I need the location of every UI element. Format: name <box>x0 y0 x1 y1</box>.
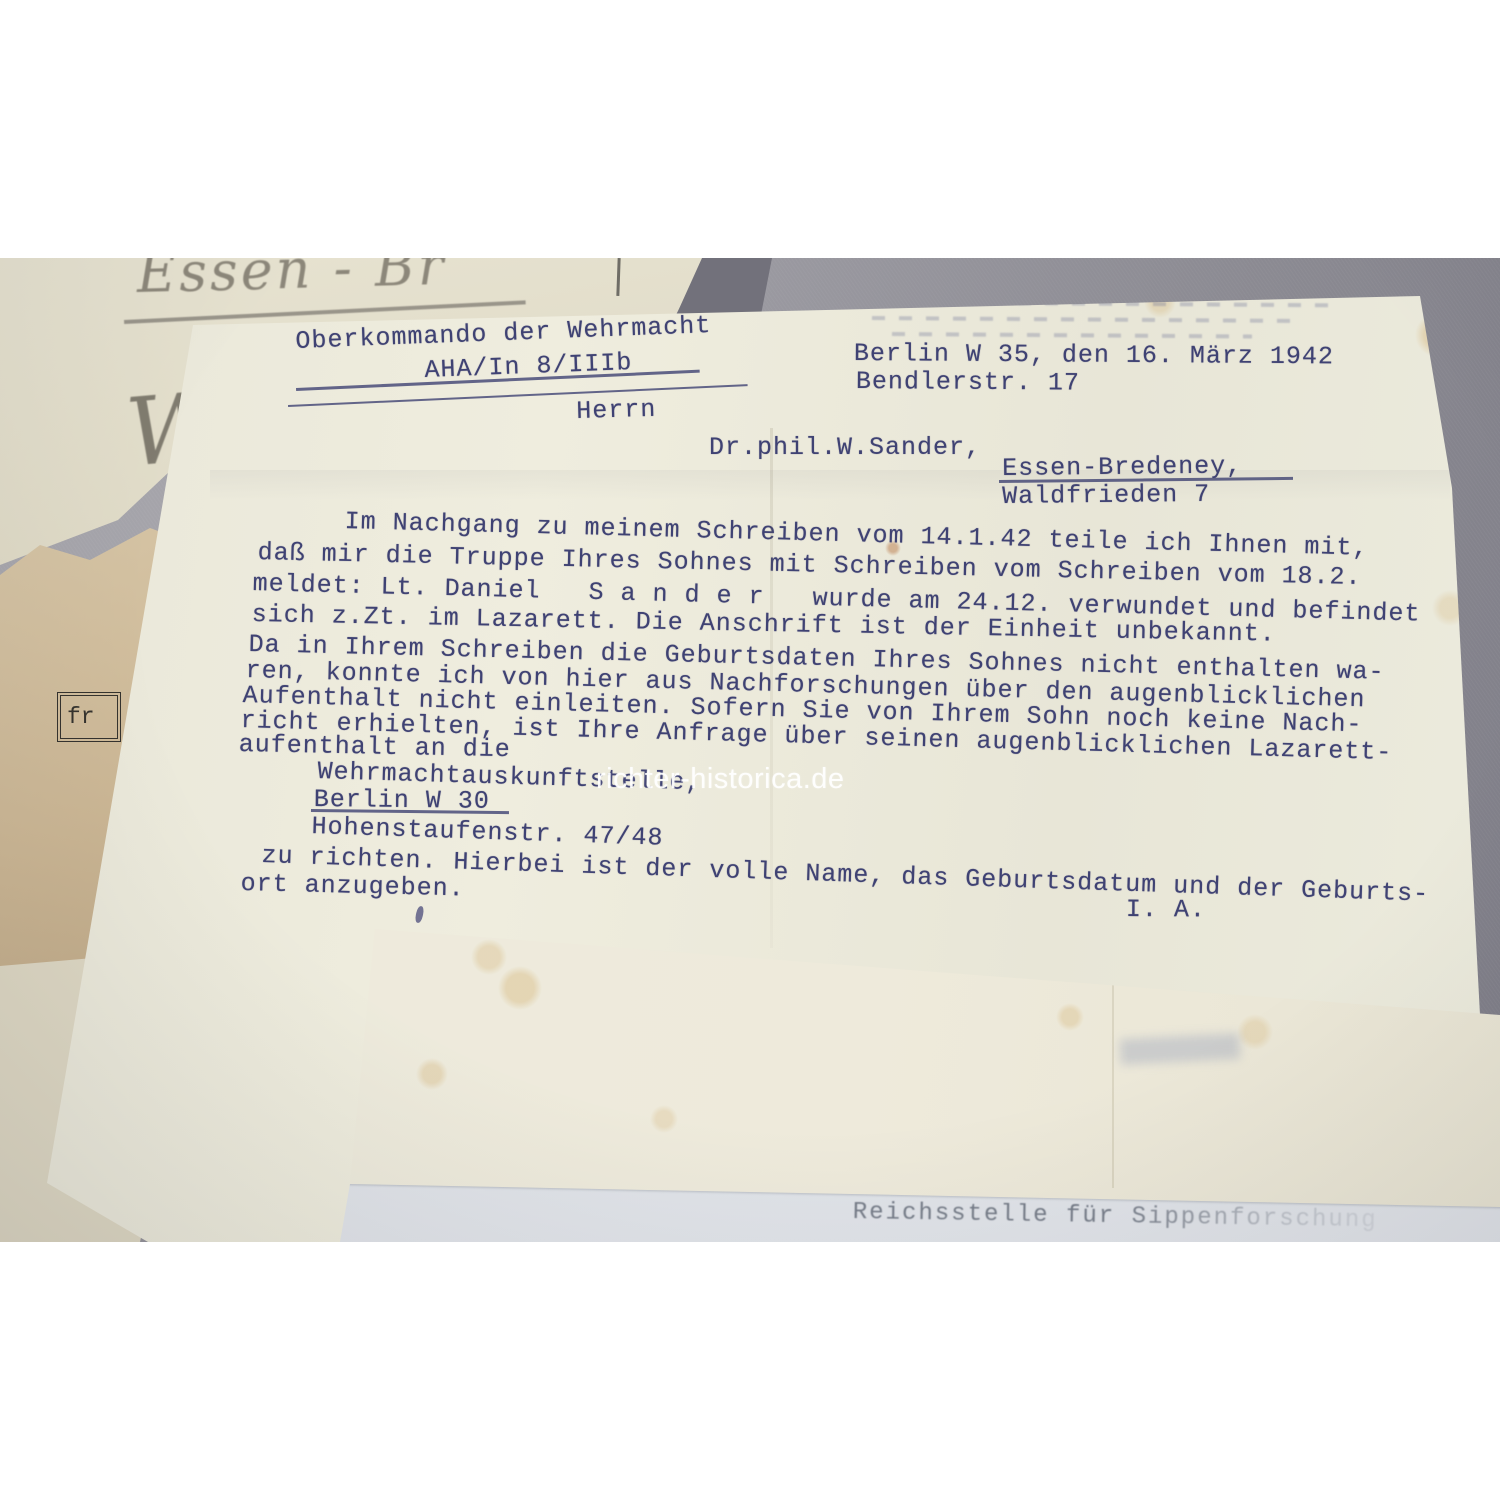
pencil-note: Essen - Br <box>136 258 447 305</box>
show-through-marks <box>872 316 1302 323</box>
signature-initials: I. A. <box>1126 896 1206 925</box>
sender-street-line: Bendlerstr. 17 <box>856 368 1080 398</box>
fold-shadow <box>210 470 1450 500</box>
postage-stamp-box: fr <box>57 692 121 742</box>
product-photo-page: Essen - Br W fr Oberkommando der Wehrmac… <box>0 0 1500 1500</box>
watermark: richter-historica.de <box>596 763 845 796</box>
pencil-stroke <box>616 258 620 296</box>
stamp-text: fr <box>67 704 95 730</box>
paper-crease <box>770 428 773 948</box>
ink-blot <box>414 905 424 923</box>
recipient-name: Dr.phil.W.Sander, <box>709 434 981 463</box>
show-through-marks <box>892 332 1252 339</box>
closing-line-2: ort anzugeben. <box>240 870 465 904</box>
photo-area: Essen - Br W fr Oberkommando der Wehrmac… <box>0 258 1500 1242</box>
faded-typed-line: Reichsstelle für Sippenforschung <box>853 1199 1378 1234</box>
faint-pencil-smudge <box>1119 1033 1240 1065</box>
salutation: Herrn <box>576 396 657 427</box>
